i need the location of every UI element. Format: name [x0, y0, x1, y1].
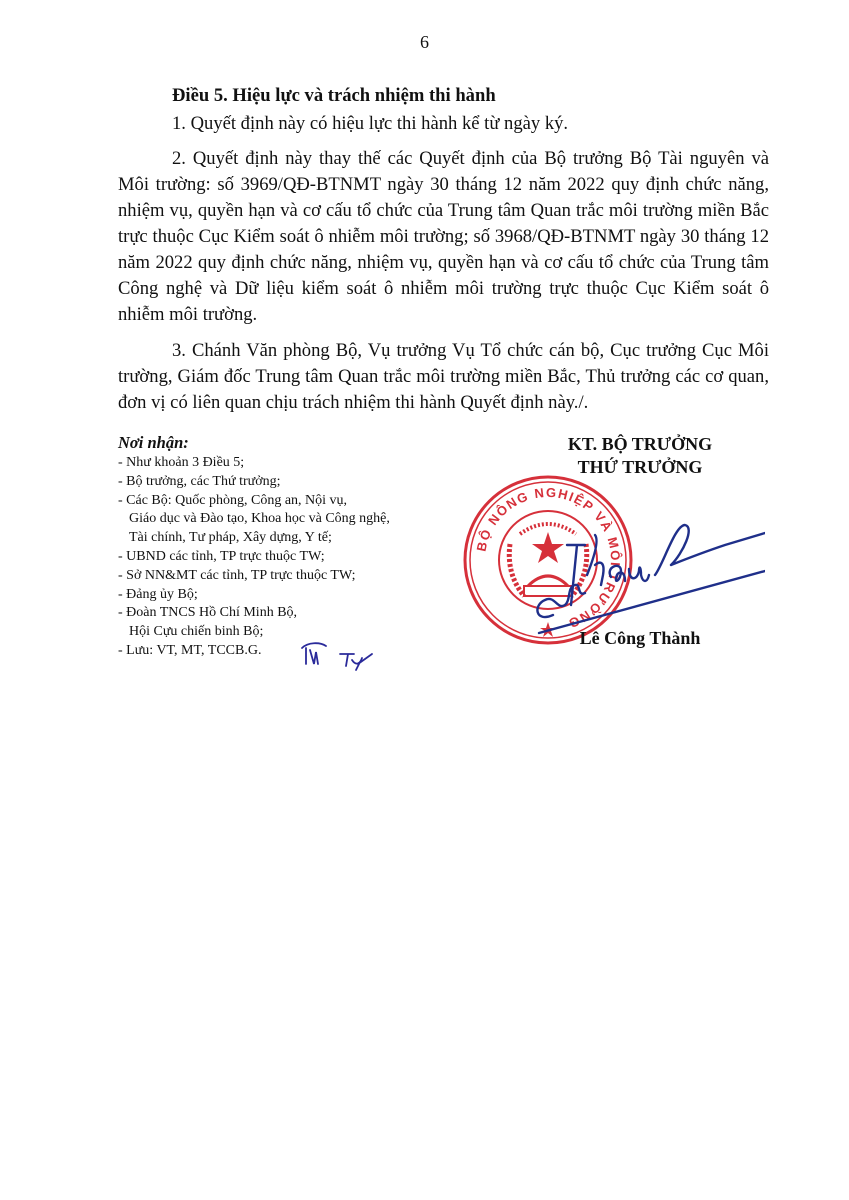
article-heading: Điều 5. Hiệu lực và trách nhiệm thi hành	[172, 80, 769, 109]
article-body: Điều 5. Hiệu lực và trách nhiệm thi hành…	[118, 80, 769, 416]
signature-title: KT. BỘ TRƯỞNG THỨ TRƯỞNG	[520, 433, 760, 479]
recipient-line: Tài chính, Tư pháp, Xây dựng, Y tế;	[118, 529, 458, 548]
recipients-list: Nơi nhận: - Như khoản 3 Điều 5; - Bộ trư…	[118, 432, 458, 661]
page-number: 6	[0, 32, 849, 53]
recipient-line: - UBND các tỉnh, TP trực thuộc TW;	[118, 548, 458, 567]
signature-title-line1: KT. BỘ TRƯỞNG	[520, 433, 760, 456]
recipients-title: Nơi nhận:	[118, 432, 458, 454]
recipient-line: - Như khoản 3 Điều 5;	[118, 454, 458, 473]
paragraph-2: 2. Quyết định này thay thế các Quyết địn…	[118, 146, 769, 328]
paragraph-3: 3. Chánh Văn phòng Bộ, Vụ trưởng Vụ Tổ c…	[118, 338, 769, 416]
handwritten-signature-icon	[525, 505, 765, 635]
recipient-line: - Lưu: VT, MT, TCCB.G.	[118, 642, 458, 661]
recipient-line: - Sở NN&MT các tỉnh, TP trực thuộc TW;	[118, 567, 458, 586]
recipient-line: - Đoàn TNCS Hồ Chí Minh Bộ,	[118, 604, 458, 623]
recipient-line: - Các Bộ: Quốc phòng, Công an, Nội vụ,	[118, 492, 458, 511]
signer-name: Lê Công Thành	[520, 628, 760, 649]
paragraph-1: 1. Quyết định này có hiệu lực thi hành k…	[118, 111, 769, 137]
recipient-line: Hội Cựu chiến binh Bộ;	[118, 623, 458, 642]
initials-icon	[298, 640, 378, 672]
recipient-line: - Bộ trưởng, các Thứ trưởng;	[118, 473, 458, 492]
recipient-line: Giáo dục và Đào tạo, Khoa học và Công ng…	[118, 510, 458, 529]
recipient-line: - Đảng ủy Bộ;	[118, 586, 458, 605]
